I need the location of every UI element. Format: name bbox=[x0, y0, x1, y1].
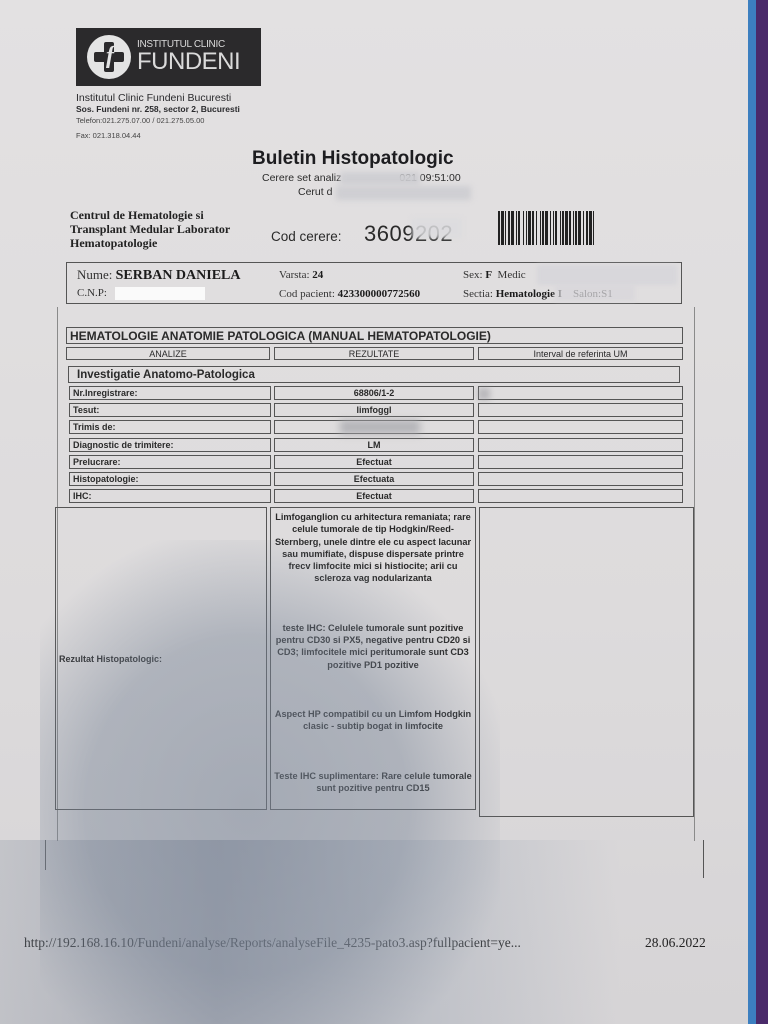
patient-info-box: Nume: SERBAN DANIELA Varsta: 24 Sex: F M… bbox=[66, 262, 682, 304]
patient-cnp-label: C.N.P: bbox=[77, 287, 107, 299]
row-label: Nr.Inregistrare: bbox=[69, 386, 271, 400]
document-page: f INSTITUTUL CLINIC FUNDENI Institutul C… bbox=[0, 0, 748, 1024]
column-header-interval: Interval de referinta UM bbox=[478, 347, 683, 360]
row-label: Histopatologie: bbox=[69, 472, 271, 486]
request-code-label: Cod cerere: bbox=[271, 229, 342, 244]
redacted-requester bbox=[336, 186, 471, 200]
smudge bbox=[478, 388, 490, 400]
row-label: Prelucrare: bbox=[69, 455, 271, 469]
row-reference bbox=[478, 472, 683, 486]
result-paragraph-2: teste IHC: Celulele tumorale sunt poziti… bbox=[273, 622, 473, 671]
row-label: IHC: bbox=[69, 489, 271, 503]
institution-logo: f INSTITUTUL CLINIC FUNDENI bbox=[76, 28, 261, 86]
row-reference bbox=[478, 489, 683, 503]
institution-fax: Fax: 021.318.04.44 bbox=[76, 130, 240, 141]
patient-age: Varsta: 24 bbox=[279, 269, 323, 281]
column-header-analize: ANALIZE bbox=[66, 347, 270, 360]
row-reference bbox=[478, 455, 683, 469]
row-reference bbox=[478, 403, 683, 417]
department-name: Centrul de Hematologie si Transplant Med… bbox=[70, 208, 230, 250]
institution-phone: Telefon:021.275.07.00 / 021.275.05.00 bbox=[76, 115, 240, 126]
result-label: Rezultat Histopatologic: bbox=[55, 507, 267, 810]
row-value: Efectuata bbox=[274, 472, 474, 486]
photo-shadow bbox=[0, 840, 620, 1024]
section-title: HEMATOLOGIE ANATOMIE PATOLOGICA (MANUAL … bbox=[66, 327, 683, 344]
group-title: Investigatie Anatomo-Patologica bbox=[68, 366, 680, 383]
redacted-section bbox=[555, 285, 635, 301]
redacted-cnp bbox=[115, 287, 205, 300]
result-paragraph-3: Aspect HP compatibil cu un Limfom Hodgki… bbox=[273, 708, 473, 733]
column-header-rezultate: REZULTATE bbox=[274, 347, 474, 360]
row-value: 68806/1-2 bbox=[274, 386, 474, 400]
institution-address: Institutul Clinic Fundeni Bucuresti Sos.… bbox=[76, 93, 240, 141]
row-value: limfoggl bbox=[274, 403, 474, 417]
row-reference bbox=[478, 438, 683, 452]
logo-line2: FUNDENI bbox=[137, 50, 240, 74]
row-reference bbox=[478, 420, 683, 434]
frame-line bbox=[45, 840, 46, 870]
patient-code: Cod pacient: 423300000772560 bbox=[279, 288, 420, 300]
footer-date: 28.06.2022 bbox=[645, 935, 706, 951]
row-value: Efectuat bbox=[274, 455, 474, 469]
document-title: Buletin Histopatologic bbox=[252, 148, 454, 170]
patient-sex: Sex: F Medic bbox=[463, 269, 526, 281]
row-value: LM bbox=[274, 438, 474, 452]
institution-street: Sos. Fundeni nr. 258, sector 2, Bucurest… bbox=[76, 104, 240, 115]
barcode bbox=[498, 211, 668, 245]
frame-line bbox=[703, 840, 704, 878]
background-edge bbox=[754, 0, 768, 1024]
result-paragraph-1: Limfoganglion cu arhitectura remaniata; … bbox=[273, 511, 473, 585]
redacted-medic bbox=[537, 265, 677, 285]
redacted-code-part bbox=[412, 218, 462, 238]
patient-name: Nume: SERBAN DANIELA bbox=[77, 267, 241, 284]
result-text: Limfoganglion cu arhitectura remaniata; … bbox=[270, 507, 476, 810]
footer-url: http://192.168.16.10/Fundeni/analyse/Rep… bbox=[24, 935, 521, 951]
row-reference bbox=[478, 386, 683, 400]
requested-by-line: Cerut d bbox=[298, 186, 332, 198]
redacted-date bbox=[340, 172, 420, 185]
row-label: Tesut: bbox=[69, 403, 271, 417]
fundeni-cross-icon: f bbox=[87, 35, 131, 79]
row-label: Diagnostic de trimitere: bbox=[69, 438, 271, 452]
result-reference-cell bbox=[479, 507, 694, 817]
institution-name: Institutul Clinic Fundeni Bucuresti bbox=[76, 93, 240, 104]
redacted-sender bbox=[340, 420, 420, 434]
result-paragraph-4: Teste IHC suplimentare: Rare celule tumo… bbox=[273, 770, 473, 795]
row-label: Trimis de: bbox=[69, 420, 271, 434]
row-value: Efectuat bbox=[274, 489, 474, 503]
